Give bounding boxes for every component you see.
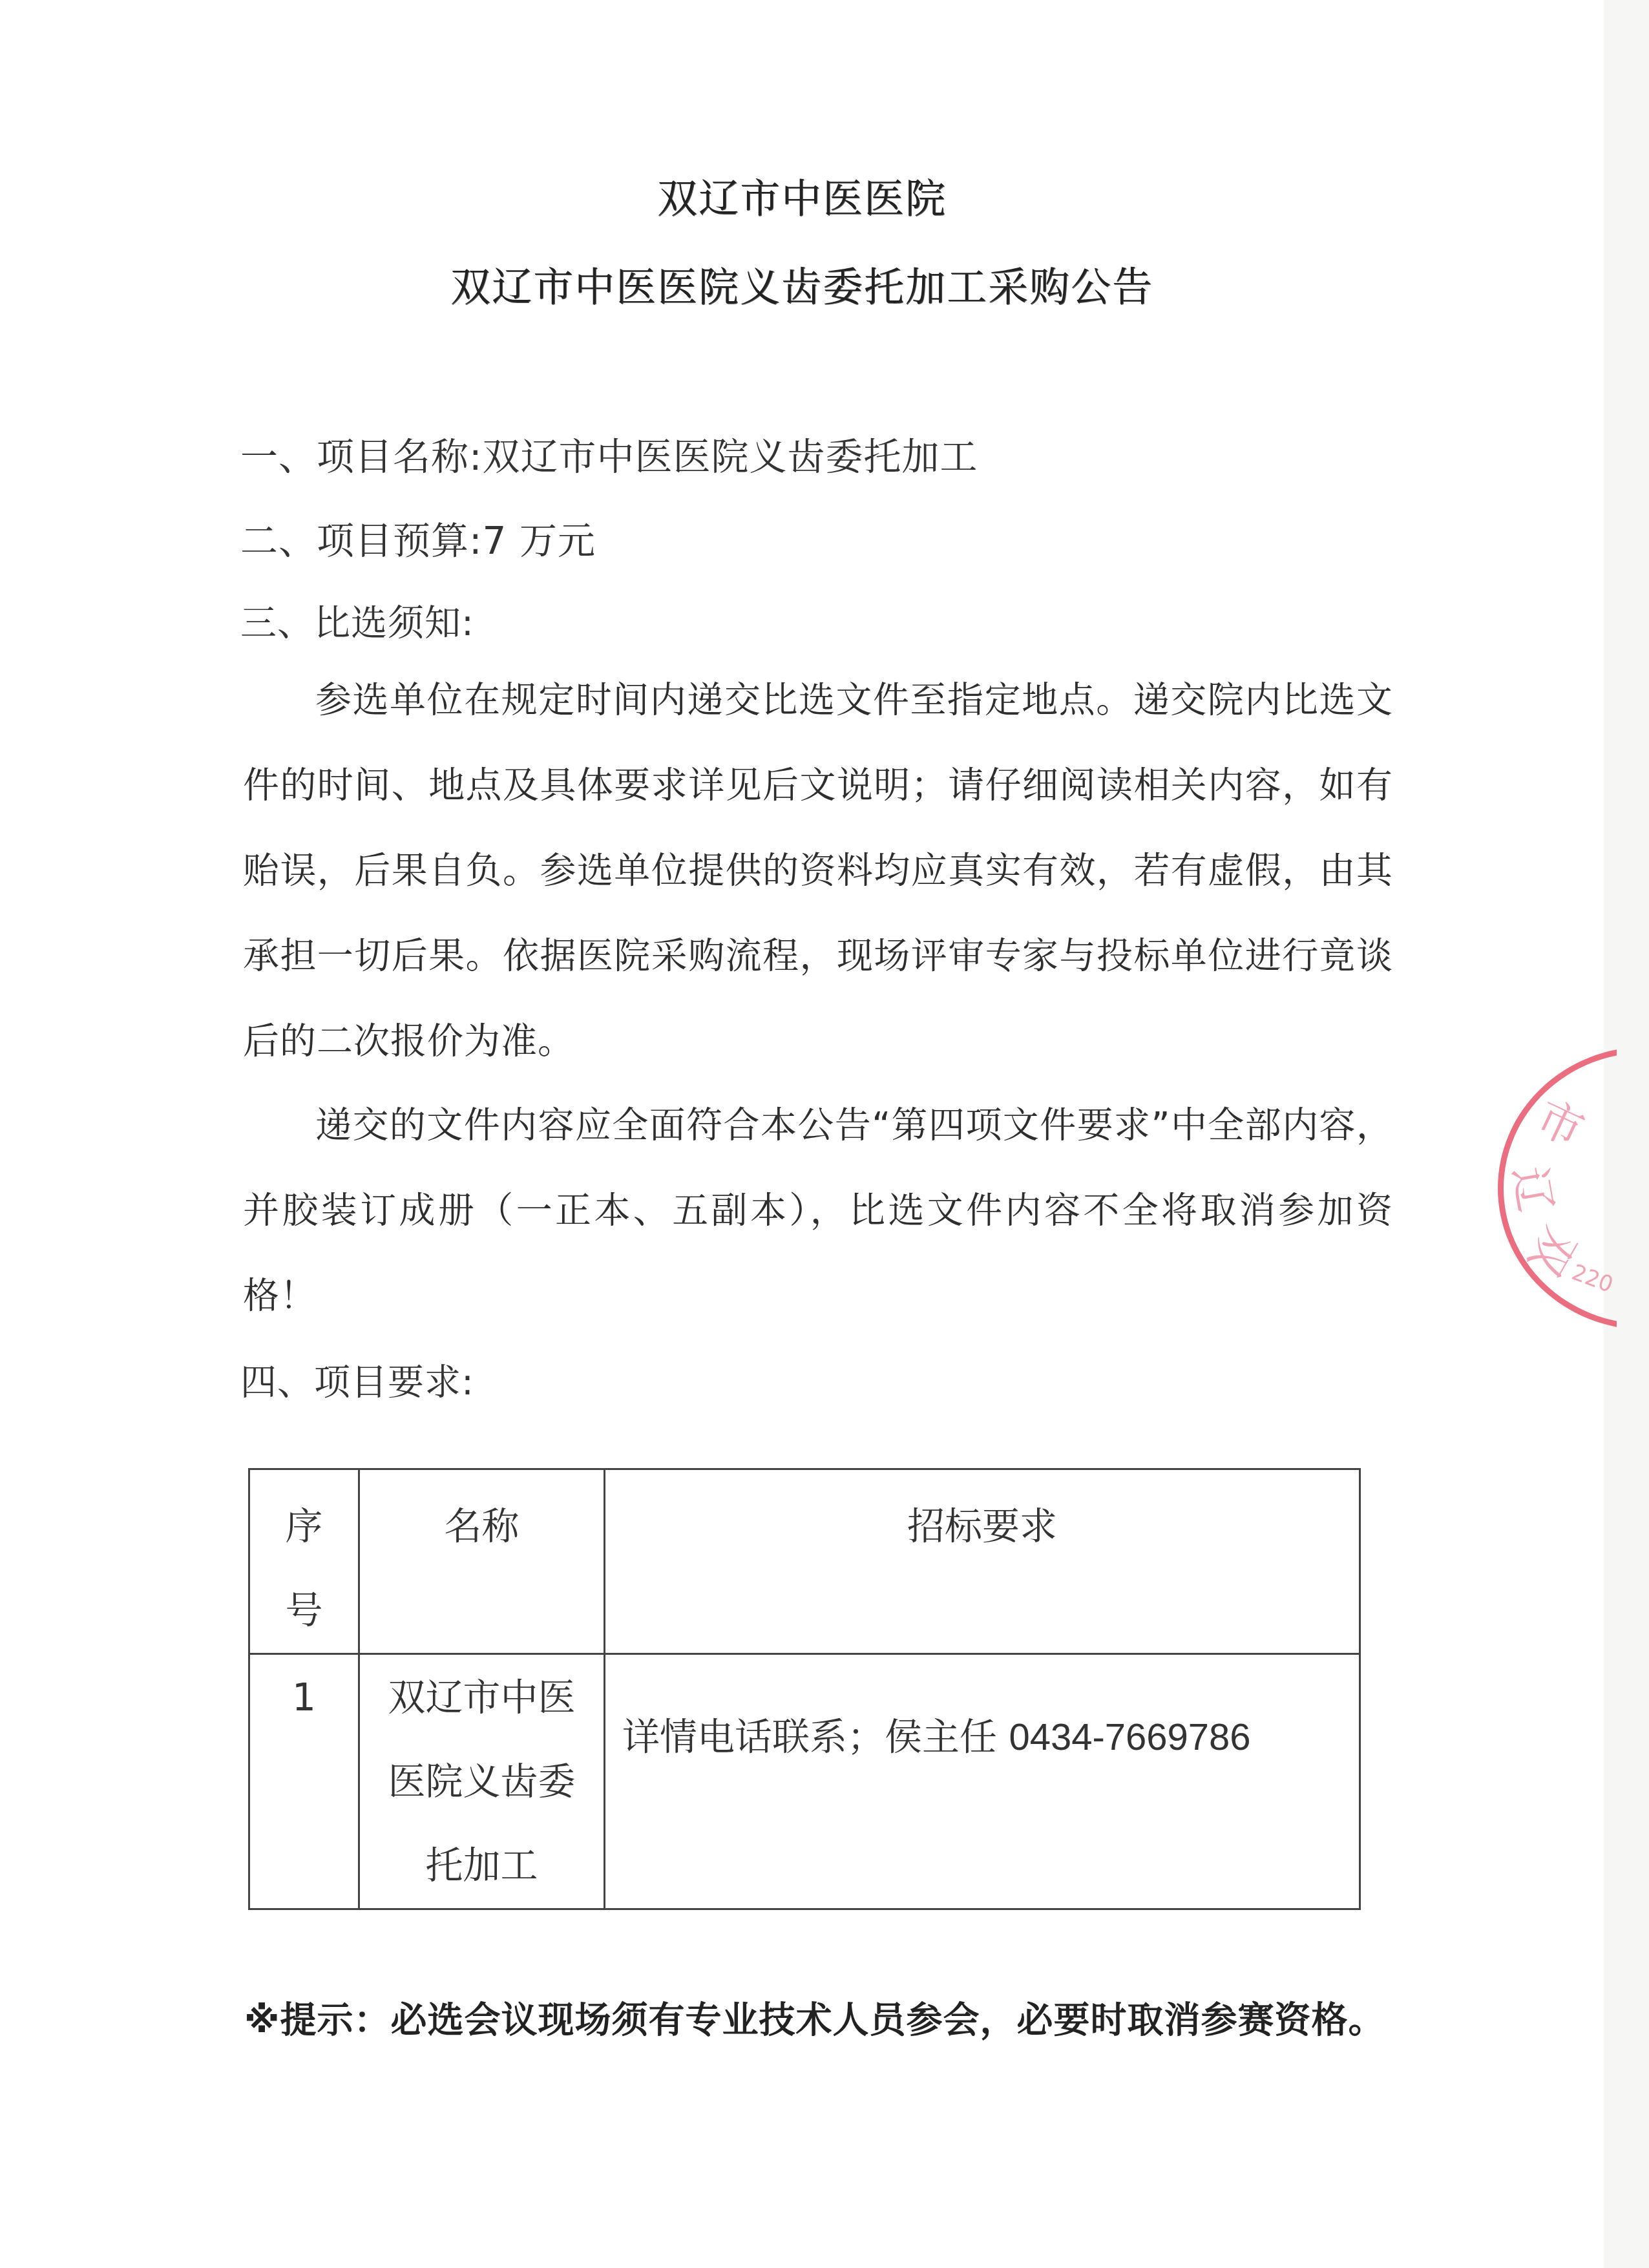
header-requirements-label: 招标要求 — [907, 1504, 1057, 1548]
requirements-heading: 四、项目要求: — [240, 1354, 474, 1405]
header-requirements: 招标要求 — [605, 1469, 1360, 1654]
header-name-label: 名称 — [444, 1504, 519, 1548]
notice-paragraph-1: 参选单位在规定时间内递交比选文件至指定地点。递交院内比选文件的时间、地点及具体要… — [243, 658, 1393, 1084]
project-name-line: 一、项目名称:双辽市中医医院义齿委托加工 — [240, 426, 978, 481]
hospital-name-title: 双辽市中医医院 — [0, 167, 1604, 224]
header-name: 名称 — [359, 1469, 605, 1654]
cell-index: 1 — [249, 1654, 359, 1909]
contact-text: 详情电话联系；侯主任 — [622, 1715, 1009, 1759]
requirements-table: 序号 名称 招标要求 1 双辽市中医医院义齿委托加工 详情电话联系；侯主任 04… — [248, 1468, 1361, 1910]
tip-note: ※提示：必选会议现场须有专业技术人员参会，必要时取消参赛资格。 — [244, 1991, 1385, 2043]
cell-name: 双辽市中医医院义齿委托加工 — [359, 1654, 605, 1909]
table-row: 1 双辽市中医医院义齿委托加工 详情电话联系；侯主任 0434-7669786 — [249, 1654, 1360, 1909]
seal-char-2: 辽 — [1500, 1160, 1572, 1216]
header-index: 序号 — [249, 1469, 359, 1654]
announcement-title: 双辽市中医医院义齿委托加工采购公告 — [0, 255, 1604, 313]
project-budget-line: 二、项目预算:7 万元 — [240, 510, 596, 565]
header-index-label: 序号 — [285, 1484, 324, 1652]
contact-phone: 0434-7669786 — [1009, 1716, 1250, 1758]
seal-char-1: 市 — [1528, 1082, 1596, 1160]
seal-code: 220 — [1568, 1259, 1617, 1298]
cell-requirements: 详情电话联系；侯主任 0434-7669786 — [605, 1654, 1360, 1909]
cell-name-text: 双辽市中医医院义齿委托加工 — [385, 1655, 579, 1907]
notice-heading: 三、比选须知: — [240, 594, 474, 646]
notice-paragraph-2: 递交的文件内容应全面符合本公告“第四项文件要求”中全部内容，并胶装订成册（一正本… — [243, 1083, 1393, 1339]
table-header-row: 序号 名称 招标要求 — [249, 1469, 1360, 1654]
